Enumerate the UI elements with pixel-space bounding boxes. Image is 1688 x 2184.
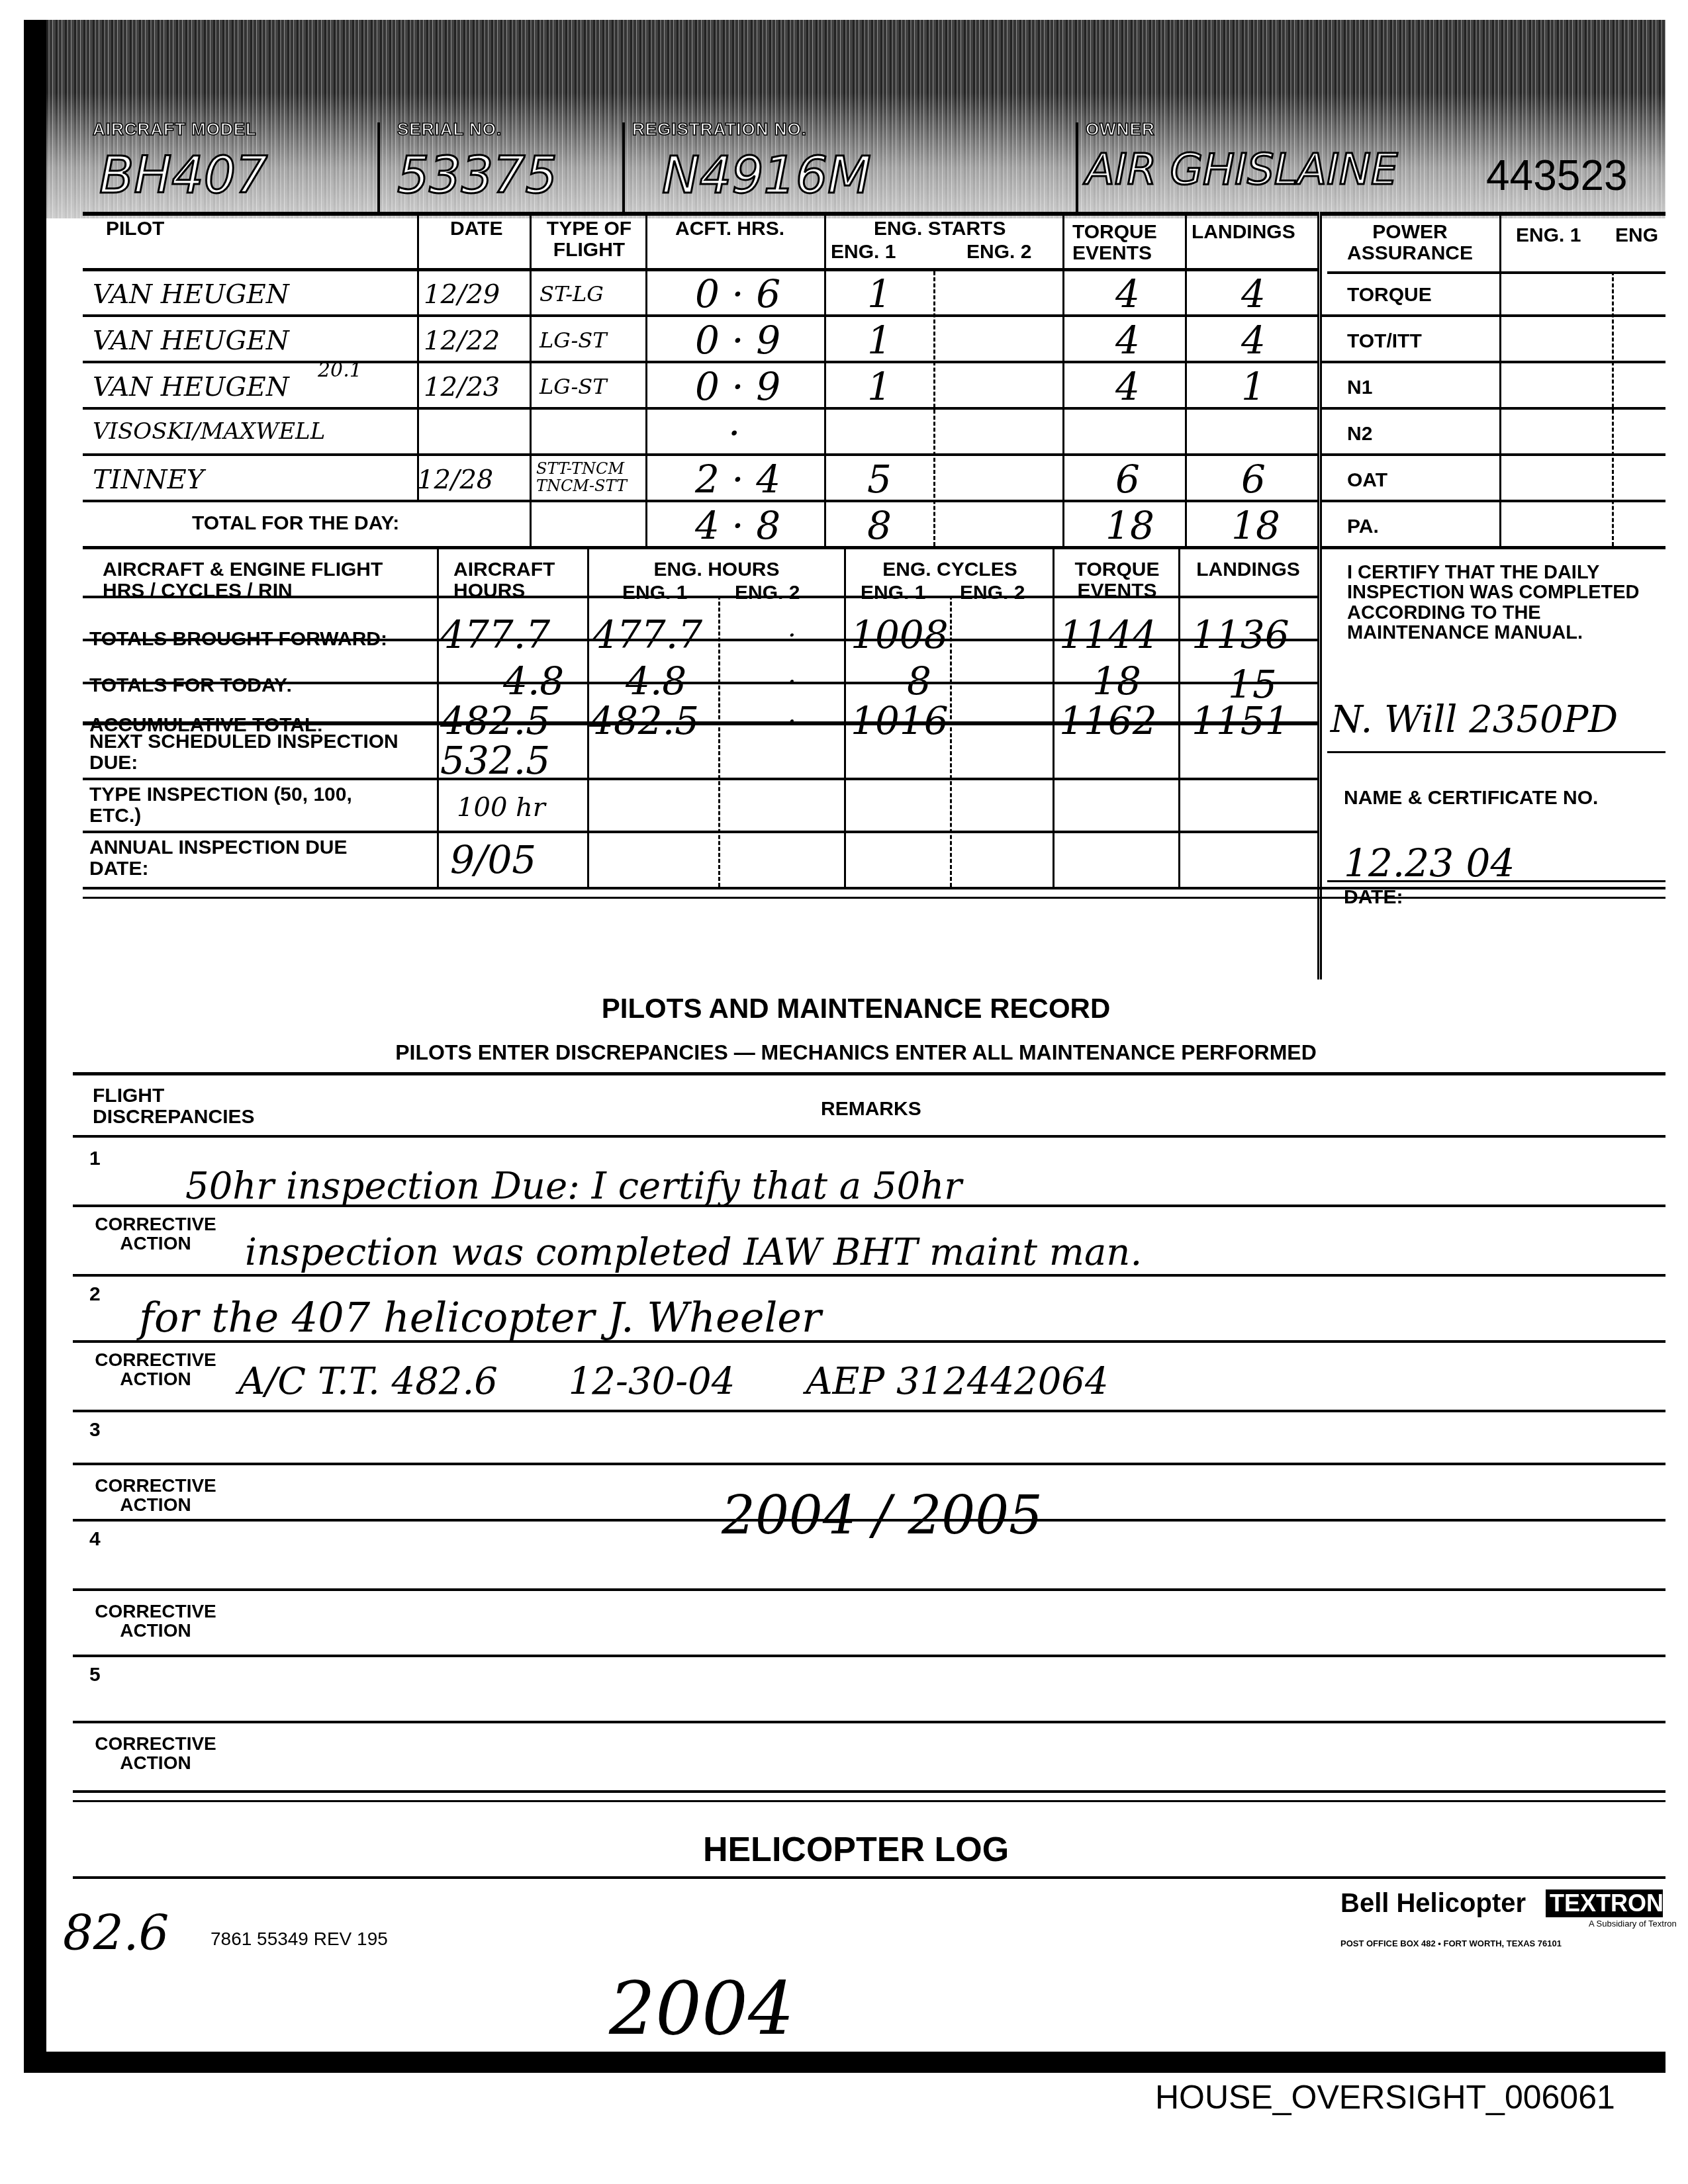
pilot-name: VISOSKI/MAXWELL [93,420,325,443]
grid-line [83,887,1665,889]
entry-number: 4 [89,1529,101,1550]
col-header-eng2: ENG. 2 [966,242,1031,263]
power-assurance-row-label: TORQUE [1347,285,1432,306]
pilot-name: VAN HEUGEN [93,374,289,400]
grid-line [73,1655,1665,1657]
col-header-pilot: PILOT [106,218,164,240]
flight-type: LG-ST [539,376,606,397]
power-assurance-row-label: PA. [1347,516,1379,537]
aircraft-model-value: BH407 [99,146,267,205]
totals-eng1-hours: 482.5 [589,702,699,740]
flight-date: 12/23 [424,374,500,400]
scan-border-bottom [24,2052,1665,2073]
power-assurance-eng1-header: ENG. 1 [1516,225,1581,246]
grid-line [73,1135,1665,1138]
flight-date: 12/28 [417,467,493,493]
total-torque-events: 18 [1105,506,1154,545]
registration-no-label: REGISTRATION NO. [632,119,807,140]
flight-landings: 1 [1241,367,1266,406]
remarks-header: REMARKS [821,1099,921,1120]
grid-line [73,1274,1665,1277]
discrepancy-text: 50hr inspection Due: I certify that a 50… [185,1168,962,1205]
col-divider [824,212,826,546]
power-assurance-eng2-header: ENG [1615,225,1658,246]
totals-header-label: AIRCRAFT & ENGINE FLIGHT HRS / CYCLES / … [103,559,420,601]
flight-date: 12/22 [424,328,500,354]
grid-line [83,212,1665,216]
flight-torque-events: 4 [1115,367,1140,406]
totals-row-label: TOTALS BROUGHT FORWARD: [89,629,387,650]
col-divider [530,212,532,546]
col-divider [417,212,419,500]
corrective-action-text: inspection was completed IAW BHT maint m… [245,1234,1142,1271]
handwritten-hours-note: 82.6 [63,1909,169,1957]
name-certificate-label: NAME & CERTIFICATE NO. [1344,788,1598,809]
flight-acft-hrs: · [728,414,740,452]
form-number: 7861 55349 REV 195 [211,1929,388,1948]
power-assurance-title: POWER ASSURANCE [1327,222,1493,263]
flight-type: STT-TNCM TNCM-STT [536,460,649,495]
grid-line [73,1072,1665,1075]
next-inspection-due: 532.5 [440,741,550,780]
grid-line [73,1588,1665,1591]
flight-torque-events: 4 [1115,321,1140,359]
col-header-eng-starts: ENG. STARTS [874,218,1006,240]
signature-line [1327,751,1665,753]
company-address: POST OFFICE BOX 482 • FORT WORTH, TEXAS … [1340,1939,1562,1948]
header-divider [622,122,625,215]
grid-line [73,1800,1665,1802]
totals-eng1-cycles: 8 [907,662,931,700]
totals-header-eh-eng2: ENG. 2 [735,582,800,604]
grid-line [73,1340,1665,1343]
flight-eng1-starts: 5 [867,460,892,498]
flight-discrepancies-header: FLIGHT DISCREPANCIES [93,1085,291,1127]
col-divider [1499,212,1501,546]
totals-header-eh-eng1: ENG. 1 [622,582,687,604]
col-header-type-of-flight: TYPE OF FLIGHT [543,218,635,260]
totals-header-eng-hours: ENG. HOURS [589,559,844,580]
flight-torque-events: 4 [1115,275,1140,313]
totals-eng2-hours: · [788,622,796,649]
date-line [1327,880,1665,882]
power-assurance-row-label: N2 [1347,424,1372,445]
helicopter-log-title: HELICOPTER LOG [46,1830,1665,1870]
col-divider [437,549,439,887]
inspector-signature[interactable]: N. Will 2350PD [1331,702,1618,739]
flight-eng1-starts: 1 [867,321,892,359]
flight-landings: 4 [1241,321,1266,359]
totals-acft-hours: 482.5 [440,702,550,740]
col-header-landings: LANDINGS [1192,222,1295,243]
col-dashed-divider [1612,271,1614,546]
grid-line [83,897,1665,899]
grid-line [73,1205,1665,1207]
certification-date-label: DATE: [1344,887,1403,908]
grid-line [1327,271,1665,274]
totals-header-landings: LANDINGS [1180,559,1316,580]
grid-line [73,1790,1665,1793]
col-divider [844,549,846,887]
maintenance-record-subtitle: PILOTS ENTER DISCREPANCIES — MECHANICS E… [46,1040,1665,1065]
grid-line [83,778,1317,780]
section-double-divider [1317,212,1322,979]
total-acft-hrs: 4 · 8 [695,506,780,545]
flight-type: LG-ST [539,330,606,351]
totals-landings: 1151 [1192,702,1289,740]
flight-eng1-starts: 1 [867,275,892,313]
totals-landings: 1136 [1192,615,1289,654]
totals-eng1-cycles: 1016 [851,702,949,740]
col-dashed-divider [950,596,952,887]
totals-acft-hours: 4.8 [503,662,564,700]
totals-torque-events: 18 [1092,662,1141,700]
header-divider [377,122,380,215]
entry-number: 2 [89,1284,101,1305]
col-divider [1178,549,1180,887]
certification-date-value: 12.23 04 [1344,844,1515,882]
flight-type: ST-LG [539,283,604,304]
flight-acft-hrs: 0 · 9 [695,321,780,359]
flight-acft-hrs: 0 · 6 [695,275,780,313]
corrective-action-label: CORRECTIVE ACTION [79,1214,232,1253]
totals-header-aircraft-hours: AIRCRAFT HOURS [453,559,579,601]
type-inspection: 100 hr [457,794,545,821]
flight-eng1-starts: 1 [867,367,892,406]
totals-eng2-hours: · [788,708,796,735]
page-number-stamp: 443523 [1486,151,1628,200]
grid-line [73,1721,1665,1723]
corrective-action-label: CORRECTIVE ACTION [79,1602,232,1641]
scan-border-left [24,20,46,2071]
registration-no-value: N4916M [662,146,871,205]
grid-line [73,1876,1665,1879]
entry-number: 5 [89,1664,101,1686]
col-divider [1185,212,1187,546]
totals-header-eng-cycles: ENG. CYCLES [847,559,1053,580]
grid-line [73,1463,1665,1465]
totals-row-label: ANNUAL INSPECTION DUE DATE: [89,837,367,879]
owner-label: OWNER [1086,119,1155,140]
serial-no-label: SERIAL NO. [397,119,502,140]
subsidiary-text: A Subsidiary of Textron [1589,1919,1677,1929]
totals-eng1-hours: 4.8 [626,662,686,700]
totals-row-label: NEXT SCHEDULED INSPECTION DUE: [89,731,420,773]
flight-landings: 4 [1241,275,1266,313]
bates-number: HOUSE_OVERSIGHT_006061 [1155,2078,1615,2116]
col-dashed-divider [718,596,720,887]
totals-header-torque-events: TORQUE EVENTS [1056,559,1178,601]
textron-logo: TEXTRON [1546,1889,1663,1917]
totals-eng2-hours: · [788,668,796,695]
total-landings: 18 [1231,506,1280,545]
annual-inspection-due: 9/05 [450,841,536,879]
corrective-action-label: CORRECTIVE ACTION [79,1476,232,1515]
total-eng1-starts: 8 [867,506,892,545]
bell-helicopter-brand: Bell Helicopter [1340,1889,1526,1917]
flight-landings: 6 [1241,460,1266,498]
discrepancy-text: for the 407 helicopter J. Wheeler [139,1297,821,1338]
power-assurance-row-label: TOT/ITT [1347,331,1422,352]
col-header-date: DATE [450,218,502,240]
serial-no-value: 53375 [397,146,557,205]
col-divider [645,212,647,546]
totals-eng1-cycles: 1008 [851,615,949,654]
flight-acft-hrs: 0 · 9 [695,367,780,406]
entry-number: 1 [89,1148,101,1169]
flight-date: 12/29 [424,281,500,308]
flight-torque-events: 6 [1115,460,1140,498]
power-assurance-row-label: N1 [1347,377,1372,398]
totals-eng1-hours: 477.7 [592,615,702,654]
col-divider [1053,549,1055,887]
col-divider [1062,212,1064,546]
total-for-day-label: TOTAL FOR THE DAY: [192,513,399,534]
grid-line [73,1519,1665,1522]
grid-line [83,831,1317,833]
header-divider [1076,122,1078,215]
totals-header-ec-eng1: ENG. 1 [861,582,925,604]
maintenance-record-title: PILOTS AND MAINTENANCE RECORD [46,993,1665,1024]
corrective-action-label: CORRECTIVE ACTION [79,1350,232,1389]
grid-line [83,453,1665,456]
pilot-name: VAN HEUGEN [93,281,289,308]
pilot-name: TINNEY [93,467,204,493]
pilot-name: VAN HEUGEN [93,328,289,354]
aircraft-model-label: AIRCRAFT MODEL [93,119,257,140]
totals-torque-events: 1144 [1059,615,1157,654]
totals-torque-events: 1162 [1059,702,1157,740]
entry-number: 3 [89,1420,101,1441]
col-header-eng1: ENG. 1 [831,242,896,263]
pilot-annotation: 20.1 [318,361,362,381]
power-assurance-row-label: OAT [1347,470,1387,491]
totals-header-ec-eng2: ENG. 2 [960,582,1025,604]
owner-value: AIR GHISLAINE [1086,146,1397,195]
corrective-action-text: A/C T.T. 482.6 12-30-04 AEP 312442064 [238,1363,1109,1400]
totals-acft-hours: 477.7 [440,615,550,654]
totals-row-label: TOTALS FOR TODAY: [89,675,293,696]
grid-line [73,1410,1665,1412]
col-dashed-divider [933,271,935,546]
certification-statement: I CERTIFY THAT THE DAILY INSPECTION WAS … [1347,563,1658,643]
totals-row-label: TYPE INSPECTION (50, 100, ETC.) [89,784,354,826]
corrective-action-text: 2004 / 2005 [722,1489,1043,1542]
col-header-torque-events: TORQUE EVENTS [1072,222,1178,263]
corrective-action-label: CORRECTIVE ACTION [79,1734,232,1773]
handwritten-year: 2004 [609,1972,794,2045]
flight-acft-hrs: 2 · 4 [695,460,780,498]
col-header-acft-hrs: ACFT. HRS. [675,218,784,240]
